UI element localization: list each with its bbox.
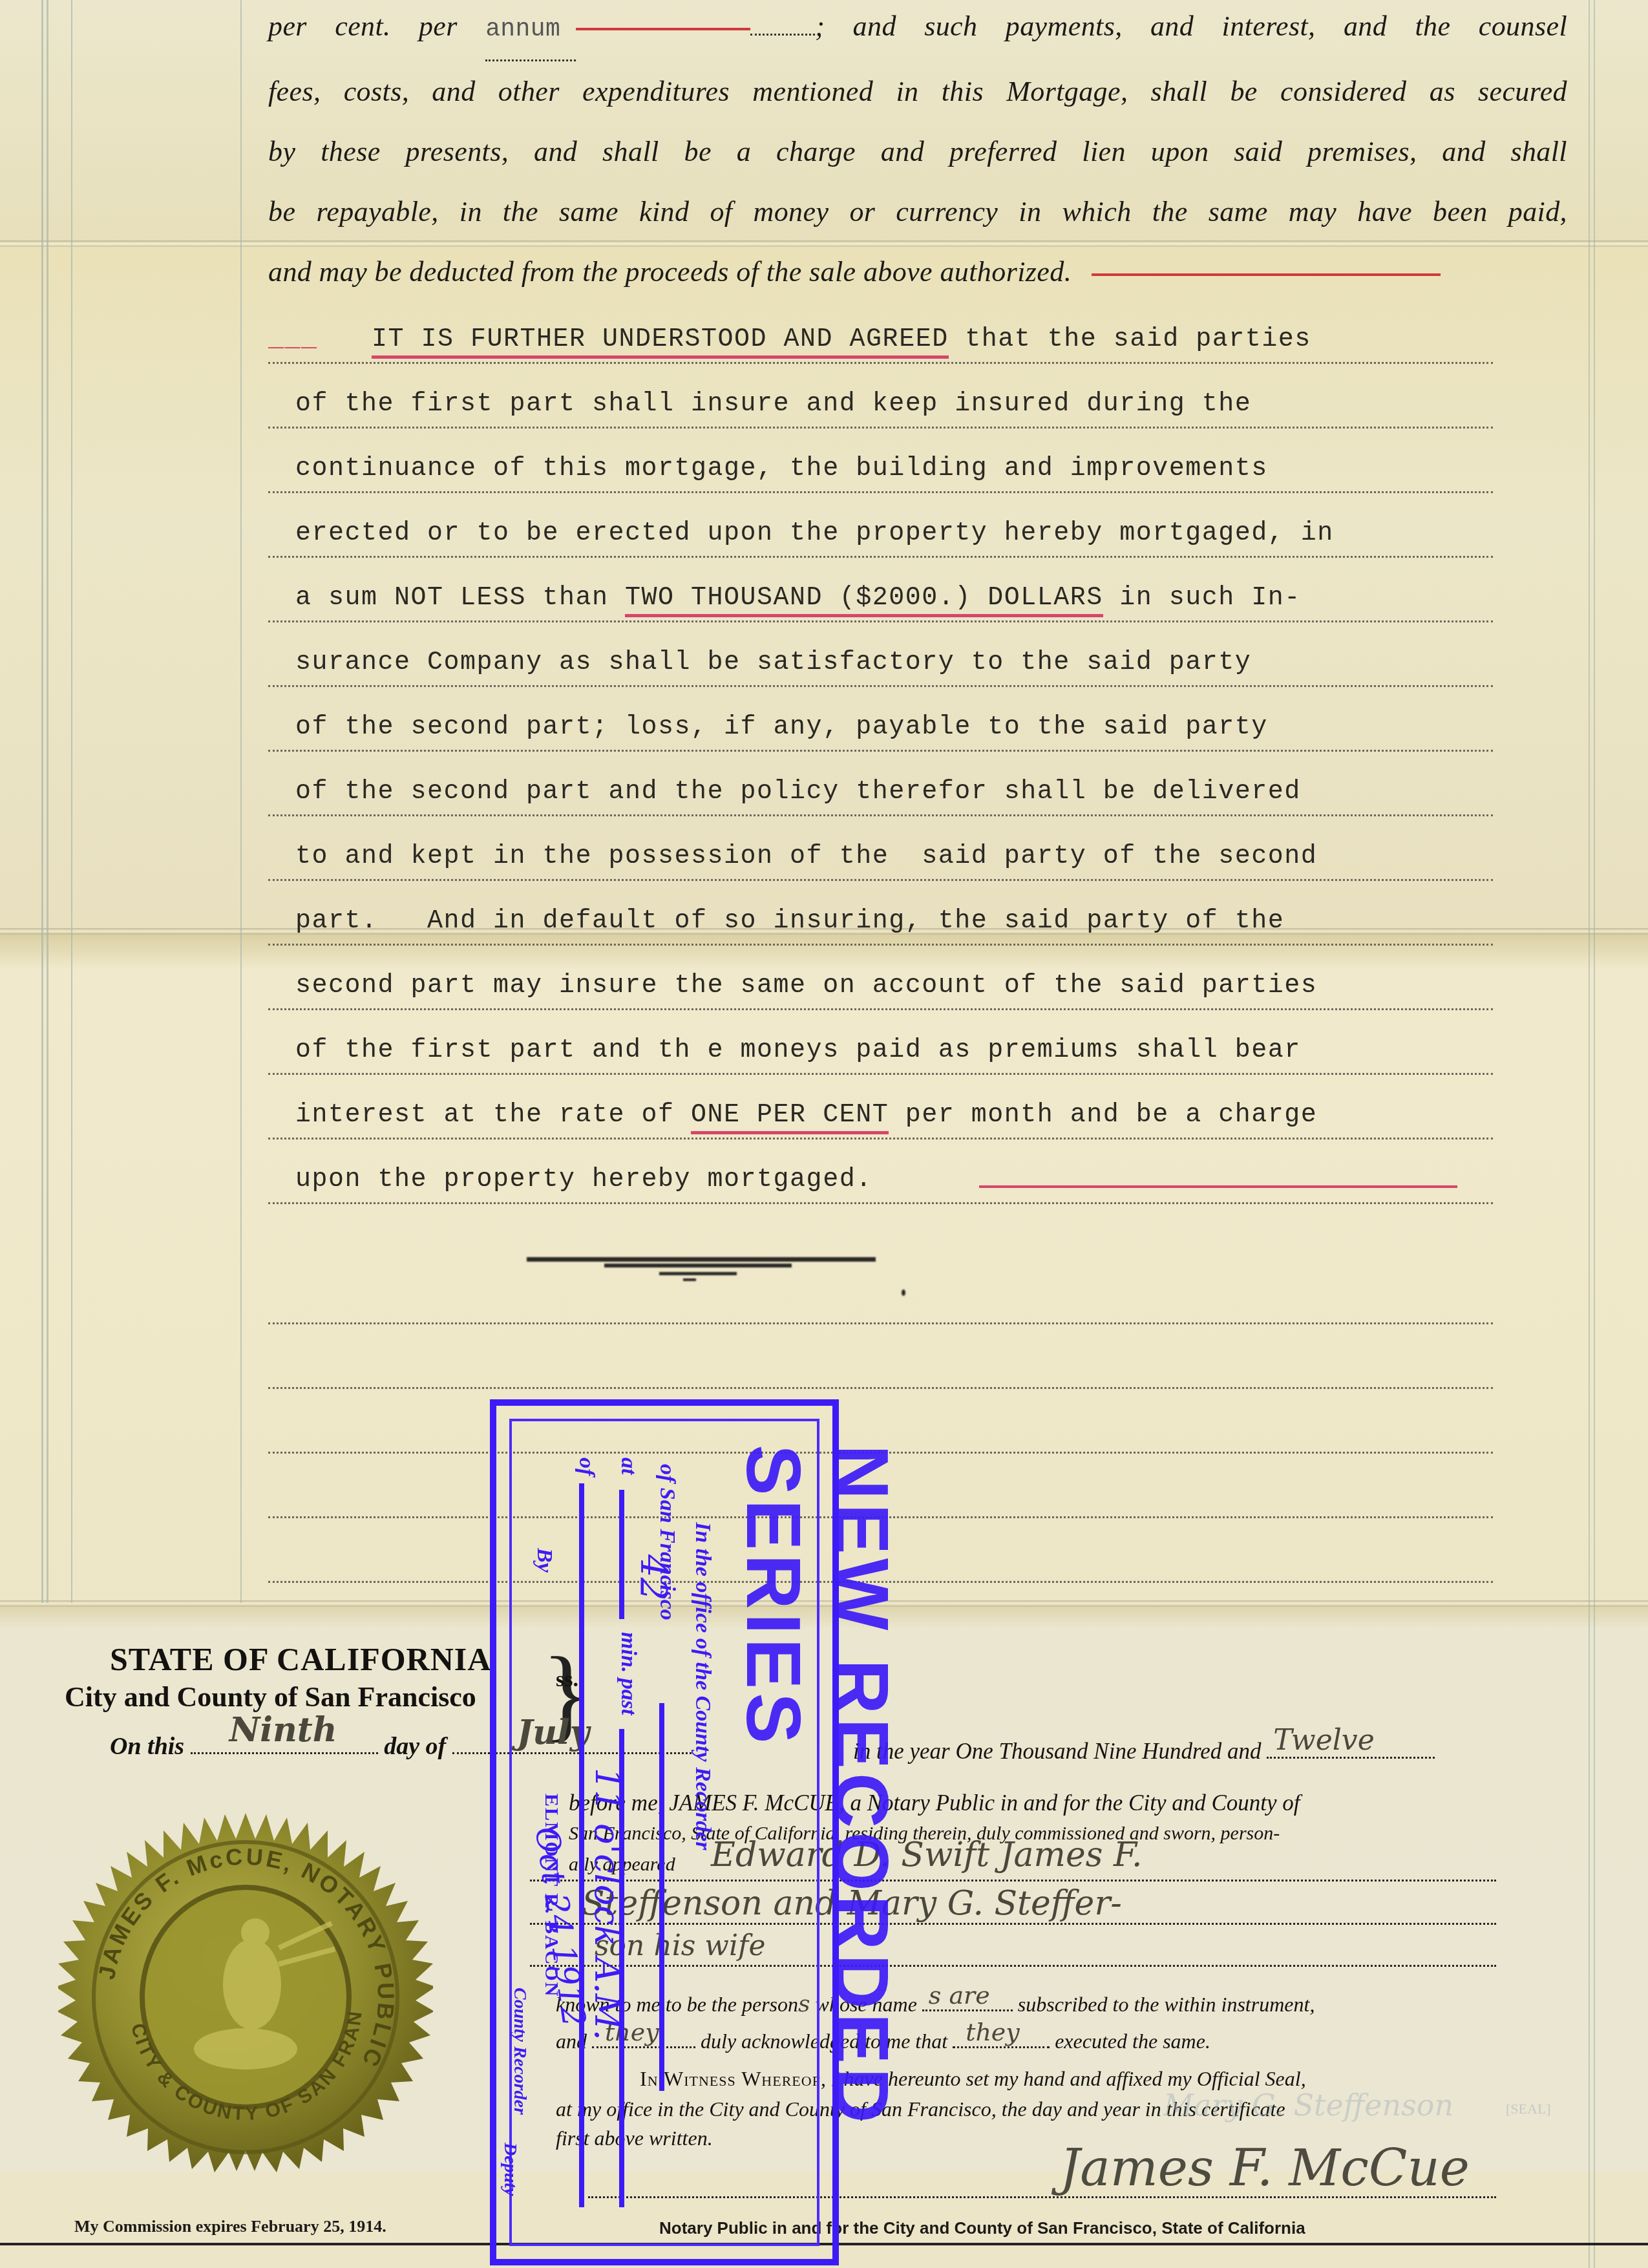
- clause-end-divider: [659, 1272, 737, 1275]
- typed-text: in such In-: [1103, 584, 1301, 613]
- names-field: s are: [922, 2009, 1013, 2011]
- margin-rule: [47, 0, 48, 1603]
- printed-text: per cent. per: [268, 10, 458, 42]
- typed-text: to and kept in the possession of the sai…: [295, 842, 1317, 871]
- typed-text: a sum NOT LESS than: [295, 584, 625, 613]
- fill-value: annum: [485, 16, 560, 43]
- typed-text: IT IS FURTHER UNDERSTOOD AND AGREED that…: [372, 325, 1311, 354]
- typed-text: erected or to be erected upon the proper…: [295, 519, 1334, 548]
- stamp-min-past: min. past: [616, 1632, 640, 1715]
- margin-rule: [71, 0, 72, 1603]
- blank-ruled-line: [268, 1387, 1493, 1389]
- typed-text: per month and be a charge: [889, 1101, 1317, 1130]
- stamp-deputy: Deputy: [500, 2143, 520, 2196]
- typed-text: of the second part and the policy theref…: [295, 778, 1301, 807]
- typed-text: that the said parties: [949, 325, 1311, 354]
- printed-text: ; and such payments, and interest, and t…: [815, 10, 1567, 42]
- stamp-by: By: [532, 1548, 556, 1573]
- typed-line: surance Company as shall be satisfactory…: [268, 620, 1493, 687]
- typed-text: surance Company as shall be satisfactory…: [295, 648, 1251, 677]
- typed-text: of the second part; loss, if any, payabl…: [295, 713, 1268, 742]
- typed-line: a sum NOT LESS than TWO THOUSAND ($2000.…: [268, 556, 1493, 622]
- year-field: Twelve: [1267, 1757, 1435, 1759]
- printed-clause: per cent. per annum; and such payments, …: [268, 0, 1567, 302]
- typed-line: ___IT IS FURTHER UNDERSTOOD AND AGREED t…: [268, 297, 1493, 364]
- typed-text: interest at the rate of: [295, 1101, 691, 1130]
- year-label: in the year One Thousand Nine Hundred an…: [853, 1739, 1262, 1764]
- typed-line: continuance of this mortgage, the buildi…: [268, 427, 1493, 493]
- right-margin-rule: [1594, 0, 1595, 2268]
- printed-line: by these presents, and shall be a charge…: [268, 122, 1567, 182]
- clause-end-divider: [683, 1278, 696, 1281]
- names-value: s are: [929, 1981, 990, 2009]
- stamp-recorder-title: County Recorder: [509, 1987, 530, 2115]
- typed-line: of the first part shall insure and keep …: [268, 362, 1493, 429]
- they-value: they: [966, 2018, 1020, 2046]
- recorder-stamp: NEW RECORDED SERIES In the office of the…: [490, 1399, 839, 2265]
- typed-text: upon the property hereby mortgaged.: [295, 1165, 872, 1194]
- faint-seal-label: [SEAL]: [1506, 2101, 1551, 2117]
- red-rule: [1092, 273, 1441, 276]
- subscribed-label: subscribed to the within instrument,: [1018, 1993, 1315, 2016]
- stamp-time-value: 11 o'clock A.M.: [587, 1768, 628, 2040]
- stamp-minutes-value: 42: [632, 1554, 674, 1600]
- blank-ruled-line: [268, 1322, 1493, 1324]
- day-of-label: day of: [384, 1733, 446, 1760]
- margin-rule: [240, 0, 242, 1603]
- typed-line: second part may insure the same on accou…: [268, 944, 1493, 1010]
- annum-fill-field: annum: [485, 0, 576, 61]
- right-margin-rule: [1589, 0, 1590, 2268]
- county-heading: City and County of San Francisco: [65, 1680, 476, 1713]
- typed-text: part. And in default of so insuring, the…: [295, 907, 1284, 936]
- clause-end-dot: [902, 1289, 905, 1296]
- commission-expiry: My Commission expires February 25, 1914.: [74, 2217, 386, 2236]
- stamp-rule: [579, 1483, 584, 2207]
- typed-line: of the first part and th e moneys paid a…: [268, 1008, 1493, 1075]
- margin-rule: [41, 0, 43, 1603]
- stamp-rule: [659, 1703, 664, 2091]
- stamp-at: at: [616, 1457, 640, 1474]
- stamp-rule: [619, 1490, 624, 1619]
- faint-bleedthrough-signature: Mary G. Steffenson: [1163, 2088, 1453, 2123]
- state-heading: STATE OF CALIFORNIA: [110, 1640, 491, 1678]
- typed-line: of the second part; loss, if any, payabl…: [268, 685, 1493, 752]
- year-value: Twelve: [1273, 1724, 1374, 1757]
- typed-text: a sum NOT LESS than TWO THOUSAND ($2000.…: [295, 584, 1301, 613]
- printed-line: be repayable, in the same kind of money …: [268, 182, 1567, 242]
- year-row: in the year One Thousand Nine Hundred an…: [853, 1739, 1435, 1765]
- day-value: Ninth: [229, 1710, 337, 1750]
- underlined-rate: ONE PER CENT: [691, 1101, 889, 1134]
- they-field: they: [953, 2046, 1050, 2048]
- printed-line: per cent. per annum; and such payments, …: [268, 0, 1567, 61]
- typed-text: of the first part shall insure and keep …: [295, 390, 1251, 419]
- typed-line: interest at the rate of ONE PER CENT per…: [268, 1073, 1493, 1139]
- clause-end-divider: [527, 1257, 876, 1262]
- typed-text: continuance of this mortgage, the buildi…: [295, 454, 1268, 483]
- stamp-title: NEW RECORDED SERIES: [729, 1445, 905, 2259]
- printed-line: and may be deducted from the proceeds of…: [268, 242, 1567, 302]
- stamp-of: of: [574, 1457, 598, 1476]
- red-dash: ___: [268, 325, 318, 354]
- stamp-office-line: In the office of the County Recorder: [690, 1522, 715, 1850]
- executed-label: executed the same.: [1055, 2030, 1210, 2053]
- blank-fill: [750, 34, 815, 36]
- red-rule: [979, 1185, 1457, 1188]
- typed-text: of the first part and th e moneys paid a…: [295, 1036, 1301, 1065]
- printed-line: fees, costs, and other expenditures ment…: [268, 61, 1567, 122]
- typed-line: part. And in default of so insuring, the…: [268, 879, 1493, 946]
- typed-line: upon the property hereby mortgaged.: [268, 1138, 1493, 1204]
- typed-text: second part may insure the same on accou…: [295, 971, 1317, 1001]
- typed-line: of the second part and the policy theref…: [268, 750, 1493, 816]
- typed-line: to and kept in the possession of the sai…: [268, 814, 1493, 881]
- notary-signature: James F. McCue: [1060, 2139, 1470, 2198]
- typed-text: interest at the rate of ONE PER CENT per…: [295, 1101, 1317, 1130]
- underlined-amount: TWO THOUSAND ($2000.) DOLLARS: [625, 584, 1103, 617]
- on-this-label: On this: [110, 1733, 184, 1760]
- red-rule: [576, 28, 750, 30]
- underlined-heading: IT IS FURTHER UNDERSTOOD AND AGREED: [372, 325, 949, 359]
- typed-line: erected or to be erected upon the proper…: [268, 491, 1493, 558]
- notary-seal-icon: JAMES F. McCUE, NOTARY PUBLIC CITY & COU…: [58, 1810, 433, 2185]
- printed-text: and may be deducted from the proceeds of…: [268, 256, 1072, 288]
- clause-end-divider: [604, 1264, 792, 1267]
- day-field: Ninth: [191, 1752, 378, 1754]
